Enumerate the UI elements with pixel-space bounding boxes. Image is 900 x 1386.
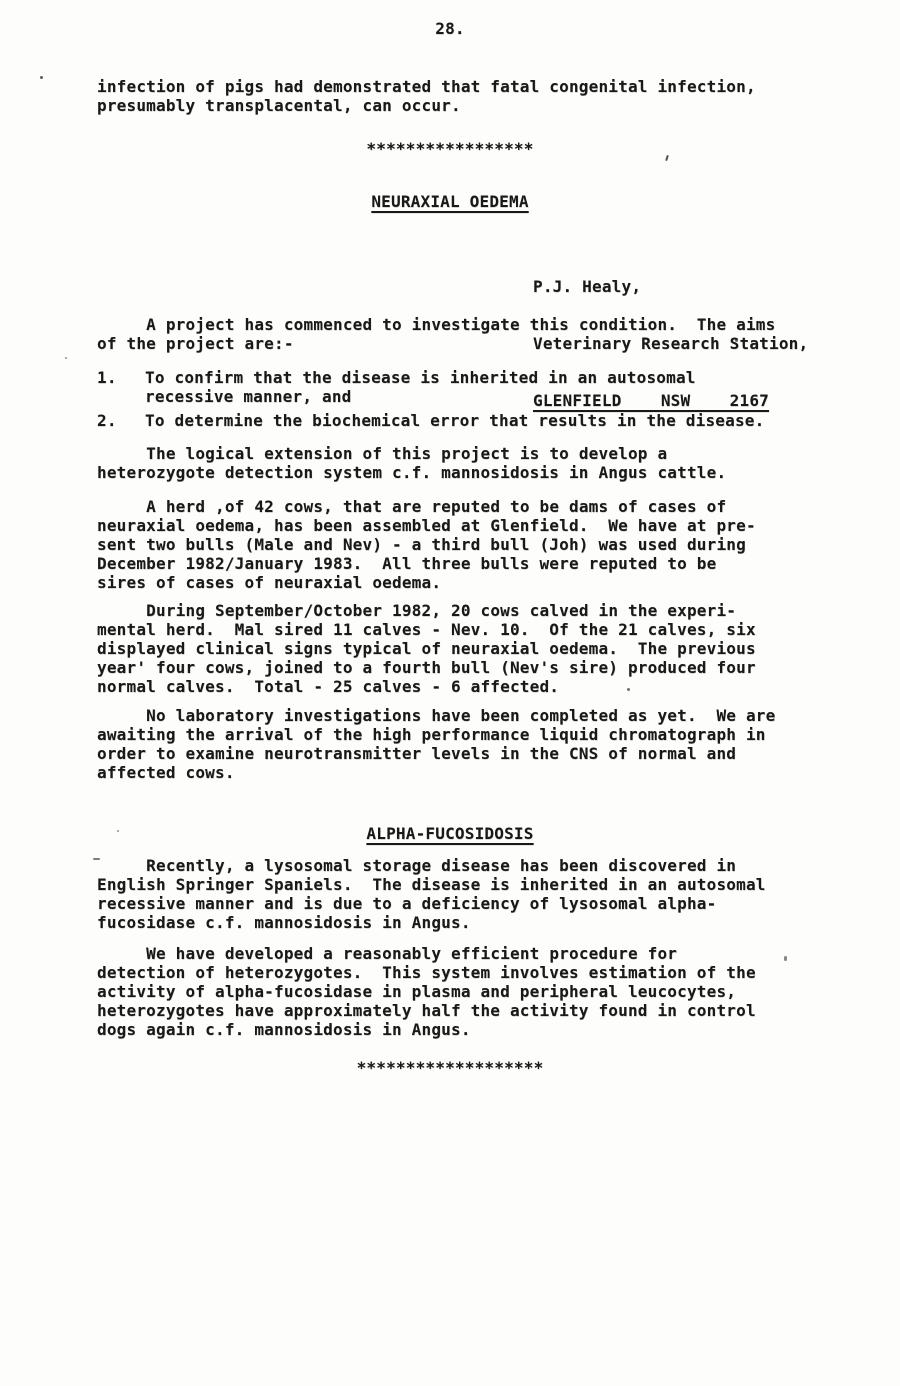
aim-text: To determine the biochemical error that … bbox=[145, 411, 764, 430]
separator-bottom: ******************* bbox=[0, 1058, 900, 1077]
scan-artifact bbox=[117, 830, 119, 832]
list-item-aim-1: 1. To confirm that the disease is inheri… bbox=[97, 368, 837, 406]
aim-number: 1. bbox=[97, 368, 145, 406]
aim-text: To confirm that the disease is inherited… bbox=[145, 368, 696, 406]
paragraph-extension: The logical extension of this project is… bbox=[97, 444, 837, 482]
paragraph-aims-intro: A project has commenced to investigate t… bbox=[97, 315, 837, 353]
scan-artifact bbox=[65, 357, 67, 359]
separator-top: ***************** bbox=[0, 139, 900, 158]
list-item-aim-2: 2. To determine the biochemical error th… bbox=[97, 411, 837, 430]
author-name: P.J. Healy, bbox=[533, 277, 808, 296]
document-page: 28. infection of pigs had demonstrated t… bbox=[0, 0, 900, 1386]
aim-number: 2. bbox=[97, 411, 145, 430]
paragraph-continuation: infection of pigs had demonstrated that … bbox=[97, 77, 837, 115]
paragraph-discovery: Recently, a lysosomal storage disease ha… bbox=[97, 856, 837, 932]
paragraph-calving: During September/October 1982, 20 cows c… bbox=[97, 601, 837, 696]
scan-artifact bbox=[93, 858, 100, 860]
paragraph-herd: A herd ,of 42 cows, that are reputed to … bbox=[97, 497, 837, 592]
paragraph-procedure: We have developed a reasonably efficient… bbox=[97, 944, 837, 1039]
scan-artifact bbox=[665, 155, 669, 161]
section-title-alpha: ALPHA-FUCOSIDOSIS bbox=[0, 824, 900, 843]
paragraph-laboratory: No laboratory investigations have been c… bbox=[97, 706, 837, 782]
scan-artifact bbox=[735, 339, 738, 342]
page-number: 28. bbox=[0, 19, 900, 38]
section-title-neuraxial: NEURAXIAL OEDEMA bbox=[0, 192, 900, 211]
scan-artifact bbox=[784, 956, 787, 961]
scan-artifact bbox=[40, 76, 43, 79]
scan-artifact bbox=[627, 688, 630, 691]
